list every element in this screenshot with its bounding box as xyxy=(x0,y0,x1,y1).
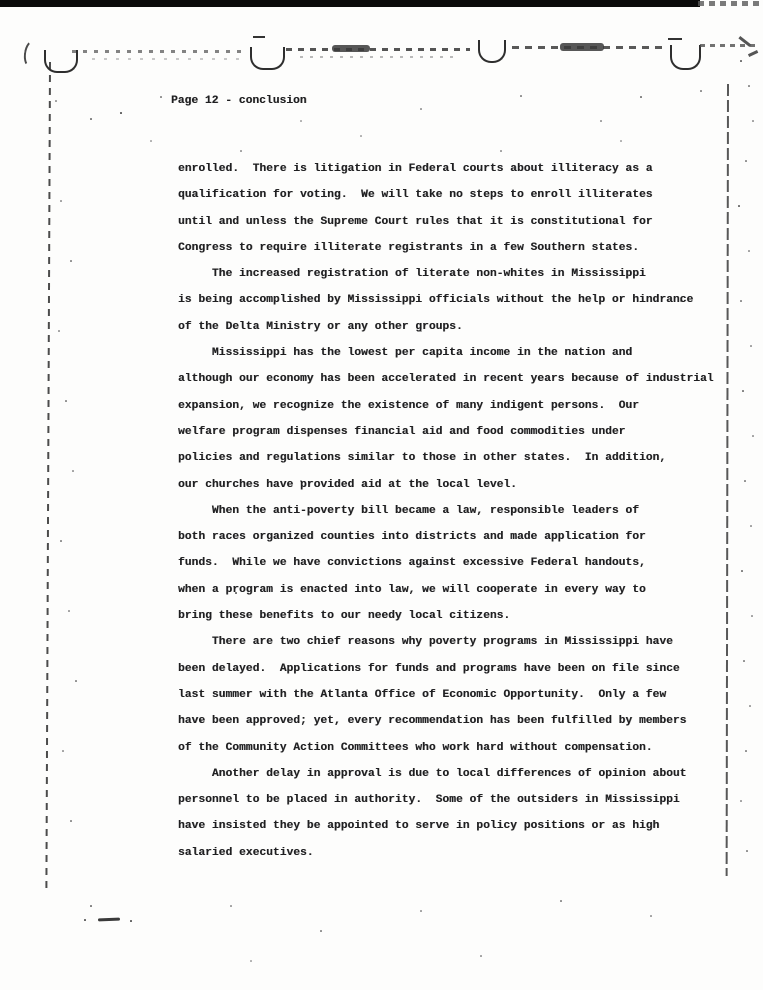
scan-bottom-smudge xyxy=(98,918,120,922)
text-line: welfare program dispenses financial aid … xyxy=(178,419,738,445)
text-line: expansion, we recognize the existence of… xyxy=(178,393,738,419)
text-line: of the Delta Ministry or any other group… xyxy=(178,314,738,340)
text-line: The increased registration of literate n… xyxy=(178,261,738,287)
text-line: personnel to be placed in authority. Som… xyxy=(178,787,738,813)
scan-corner-curl-mark xyxy=(22,39,42,69)
scan-torn-edge-scuff xyxy=(300,56,460,58)
text-line: have insisted they be appointed to serve… xyxy=(178,813,738,839)
text-line: There are two chief reasons why poverty … xyxy=(178,629,738,655)
text-line: Another delay in approval is due to loca… xyxy=(178,761,738,787)
scan-tick-mark xyxy=(668,38,682,40)
text-line: enrolled. There is litigation in Federal… xyxy=(178,156,738,182)
scan-tick-mark xyxy=(253,36,265,38)
text-line: last summer with the Atlanta Office of E… xyxy=(178,682,738,708)
scan-top-bar-fragment xyxy=(698,1,763,6)
text-line: although our economy has been accelerate… xyxy=(178,366,738,392)
text-line: funds. While we have convictions against… xyxy=(178,550,738,576)
scan-top-bar xyxy=(0,0,700,7)
text-line: bring these benefits to our needy local … xyxy=(178,603,738,629)
text-line: is being accomplished by Mississippi off… xyxy=(178,287,738,313)
text-line: when a program is enacted into law, we w… xyxy=(178,577,738,603)
scan-smudge xyxy=(332,45,370,52)
scan-clip-notch xyxy=(250,47,285,70)
text-line: of the Community Action Committees who w… xyxy=(178,735,738,761)
text-line: Congress to require illiterate registran… xyxy=(178,235,738,261)
text-line: Mississippi has the lowest per capita in… xyxy=(178,340,738,366)
scan-torn-edge-scuff xyxy=(286,48,470,51)
scan-left-edge-line xyxy=(45,62,50,894)
scan-noise-speckles xyxy=(0,0,2,2)
text-line: policies and regulations similar to thos… xyxy=(178,445,738,471)
scan-torn-edge-scuff xyxy=(92,58,242,60)
scan-corner-scratch xyxy=(748,50,758,56)
text-line: our churches have provided aid at the lo… xyxy=(178,472,738,498)
text-line: been delayed. Applications for funds and… xyxy=(178,656,738,682)
scan-clip-notch xyxy=(670,45,701,70)
page-header: Page 12 - conclusion xyxy=(171,95,307,107)
text-line: When the anti-poverty bill became a law,… xyxy=(178,498,738,524)
scan-clip-notch xyxy=(478,40,506,63)
text-line: qualification for voting. We will take n… xyxy=(178,182,738,208)
text-line: both races organized counties into distr… xyxy=(178,524,738,550)
scanned-document-page: Page 12 - conclusion enrolled. There is … xyxy=(0,0,763,990)
document-body: enrolled. There is litigation in Federal… xyxy=(178,156,738,866)
scan-torn-edge-scuff xyxy=(72,50,248,53)
scan-smudge xyxy=(560,43,604,51)
text-line: until and unless the Supreme Court rules… xyxy=(178,209,738,235)
text-line: have been approved; yet, every recommend… xyxy=(178,708,738,734)
text-line: salaried executives. xyxy=(178,840,738,866)
